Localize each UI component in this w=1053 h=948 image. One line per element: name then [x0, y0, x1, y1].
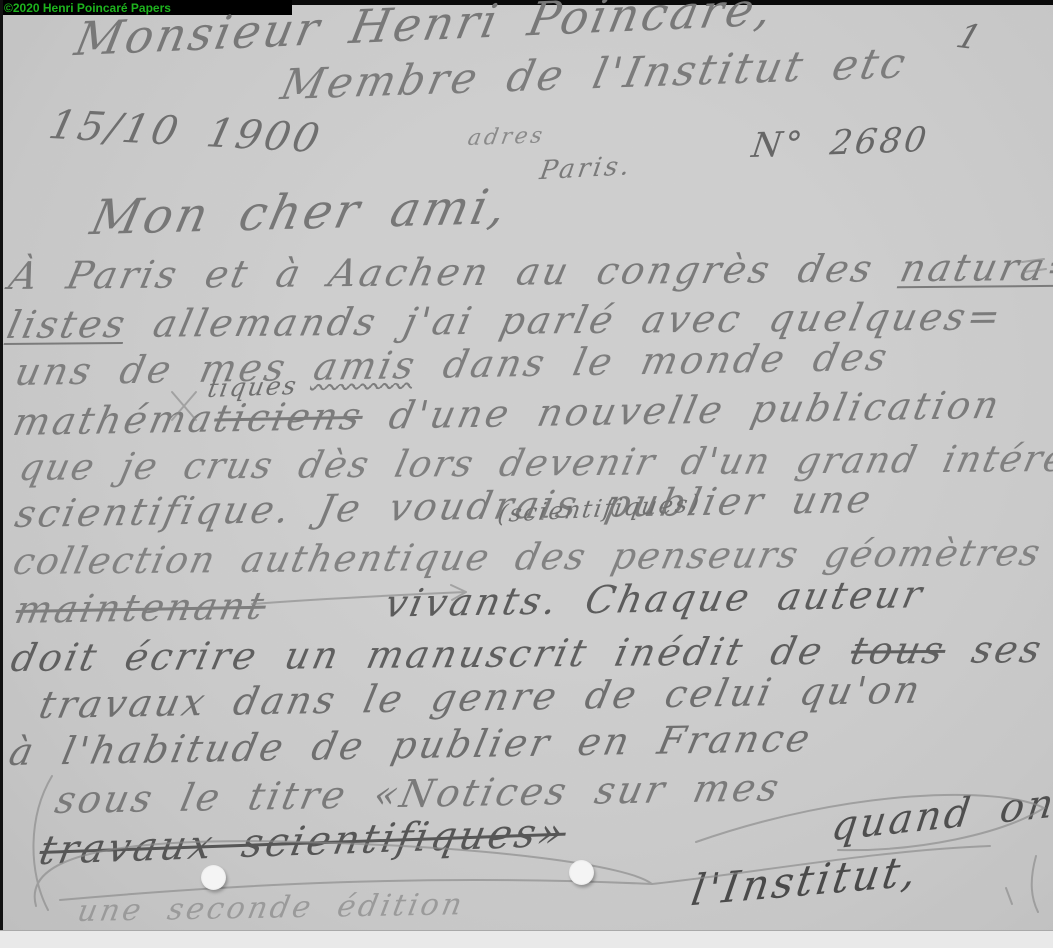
- scanned-letter-page: ©2020 Henri Poincaré Papers 1 Monsieur H…: [0, 0, 1053, 948]
- salutation: Mon cher ami,: [86, 179, 515, 246]
- comma-stroke: [1006, 888, 1012, 904]
- body-line-13-end: quand on: [829, 780, 1053, 850]
- punch-hole-left: [201, 865, 226, 890]
- date-line: 15/10 1900: [45, 102, 327, 162]
- punch-hole-right: [569, 860, 594, 885]
- line3-text-2: dans le monde des: [412, 335, 894, 387]
- line1-underlined: natura=: [896, 245, 1053, 291]
- body-line-5: que je crus dès lors devenir d'un grand …: [15, 437, 1053, 489]
- line4-struck: ticiens: [210, 394, 368, 441]
- line8-struck: maintenant: [11, 584, 270, 633]
- right-edge-stroke: [1032, 856, 1038, 912]
- line2-underlined: listes: [3, 302, 132, 347]
- body-line-4: mathématiciens d'une nouvelle publicatio…: [9, 383, 1005, 444]
- body-line-14-left: une seconde édition: [75, 887, 468, 929]
- place-line: Paris.: [538, 151, 635, 186]
- address-note: adres: [466, 123, 547, 151]
- line9-post: ses: [941, 627, 1048, 672]
- body-line-14-right: l'Institut,: [688, 846, 923, 916]
- line9-struck: tous: [847, 628, 951, 673]
- archive-number: N° 2680: [749, 120, 932, 166]
- line1-text: À Paris et à Aachen au congrès des: [5, 246, 906, 298]
- scan-left-edge: [0, 0, 3, 932]
- next-page-edge: [0, 930, 1053, 948]
- page-number: 1: [951, 17, 989, 59]
- line3-underlined: amis: [310, 343, 422, 389]
- line4-pre: mathéma: [9, 396, 219, 444]
- line4-post: d'une nouvelle publication: [358, 383, 1005, 438]
- body-line-1: À Paris et à Aachen au congrès des natur…: [5, 245, 1053, 298]
- body-line-12: sous le titre «Notices sur mes: [51, 765, 785, 822]
- line8-post: vivants. Chaque auteur: [381, 572, 929, 626]
